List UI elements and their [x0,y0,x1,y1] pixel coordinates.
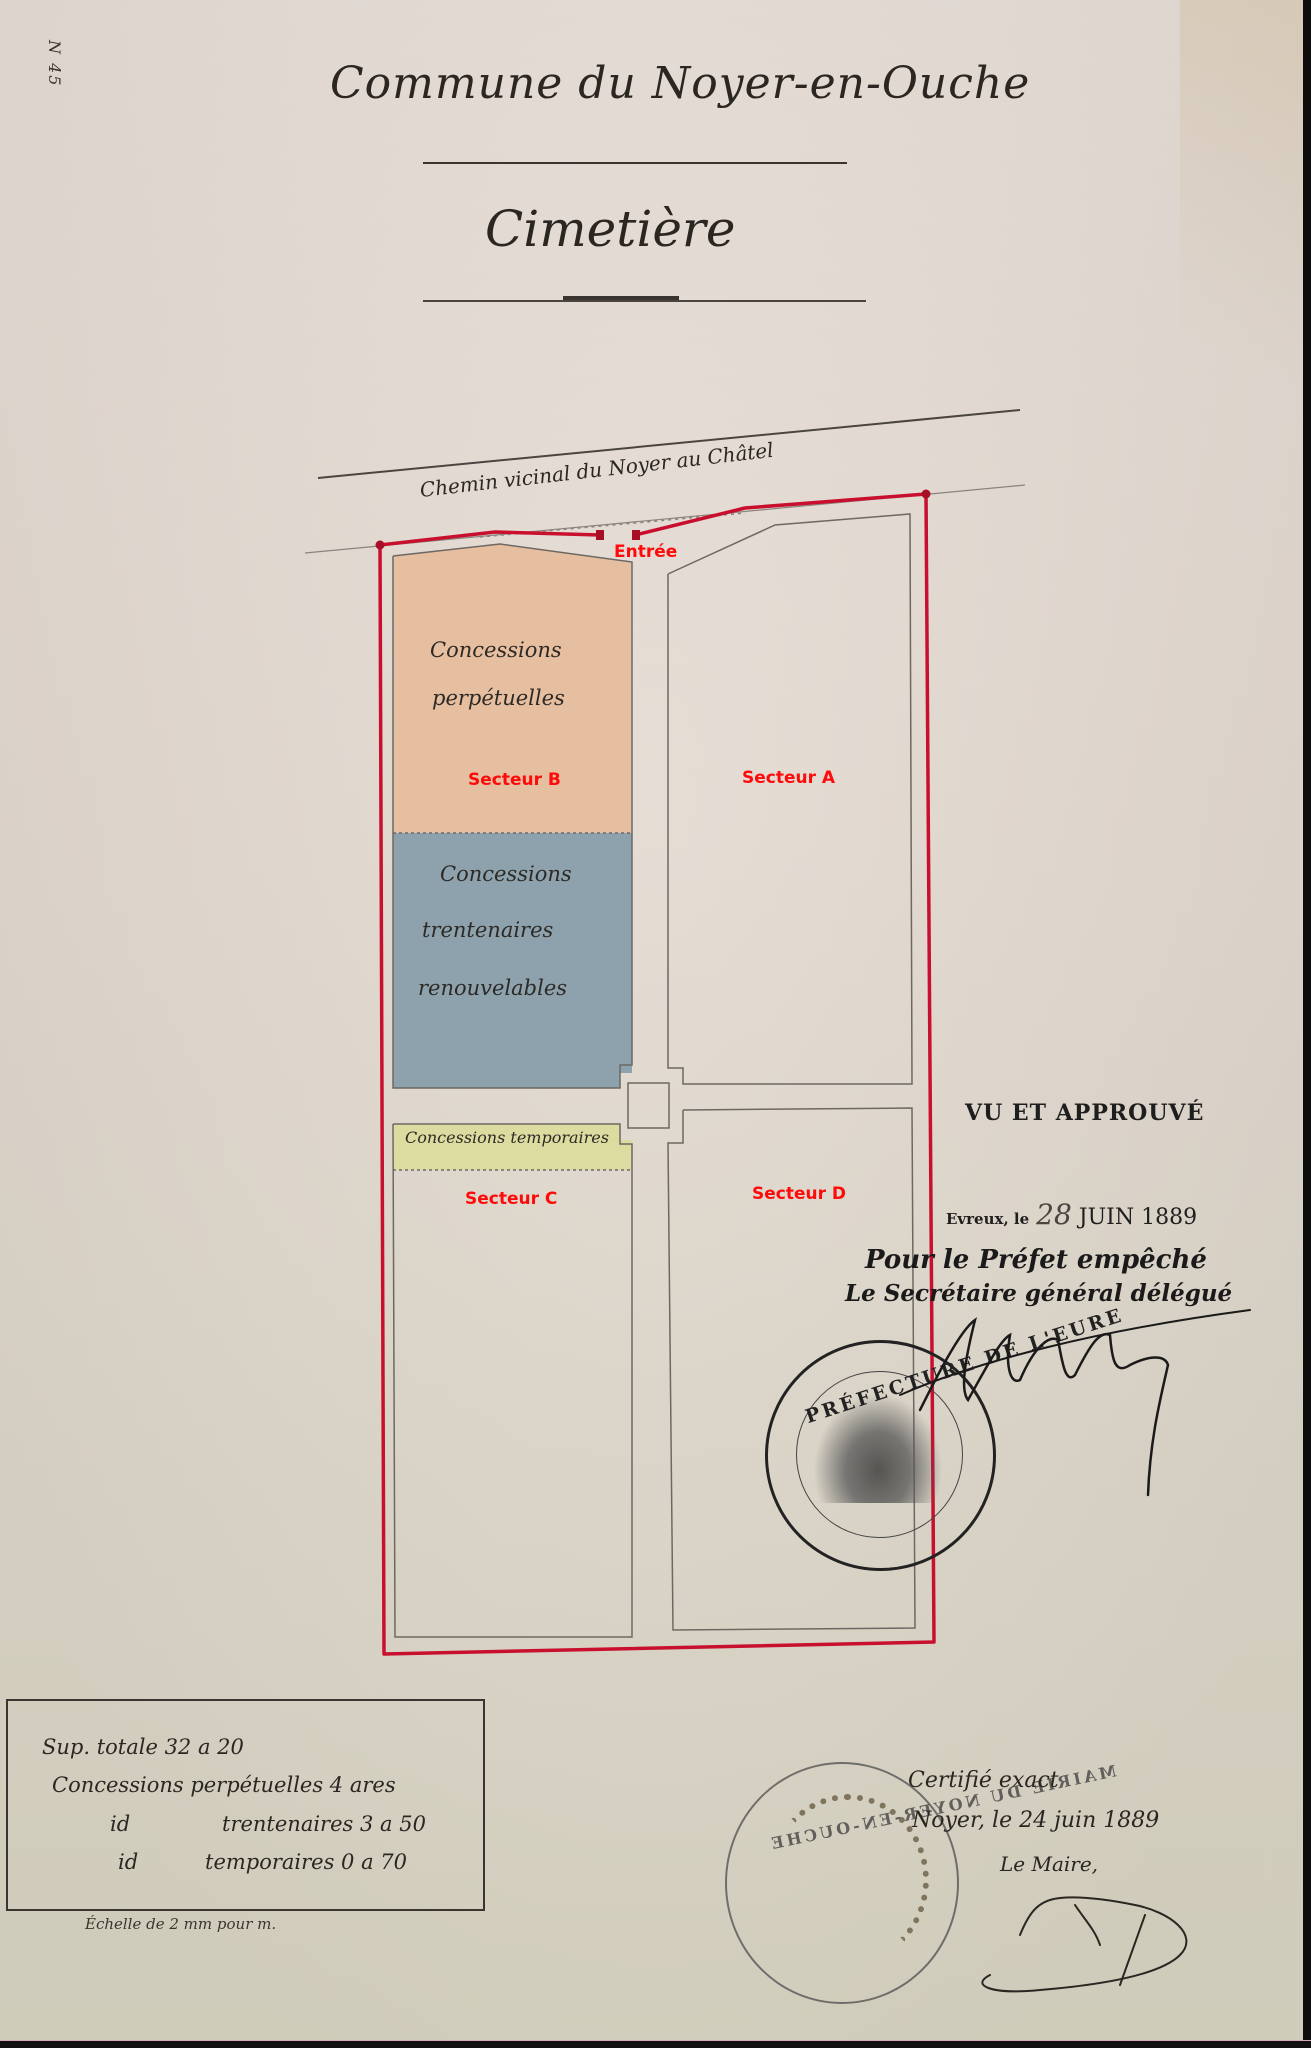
prefect-signature [900,1310,1250,1495]
summary-total-area: Sup. totale 32 a 20 [42,1735,244,1759]
certification-line-date: Noyer, le 24 juin 1889 [912,1808,1159,1833]
mayor-signature [982,1897,1186,1991]
summary-temporaires: temporaires 0 a 70 [205,1850,407,1874]
area-summary-box [6,1699,485,1911]
certification-line-exact: Certifié exact [908,1768,1059,1793]
scale-caption: Échelle de 2 mm pour m. [85,1915,276,1933]
summary-trentenaires: trentenaires 3 a 50 [222,1812,426,1836]
summary-id-1: id [110,1812,130,1836]
summary-perpetuelles: Concessions perpétuelles 4 ares [52,1773,396,1797]
summary-id-2: id [118,1850,138,1874]
certification-line-maire: Le Maire, [1000,1852,1098,1876]
mairie-seal: MAIRIE DU NOYER-EN-OUCHE [725,1762,959,2004]
